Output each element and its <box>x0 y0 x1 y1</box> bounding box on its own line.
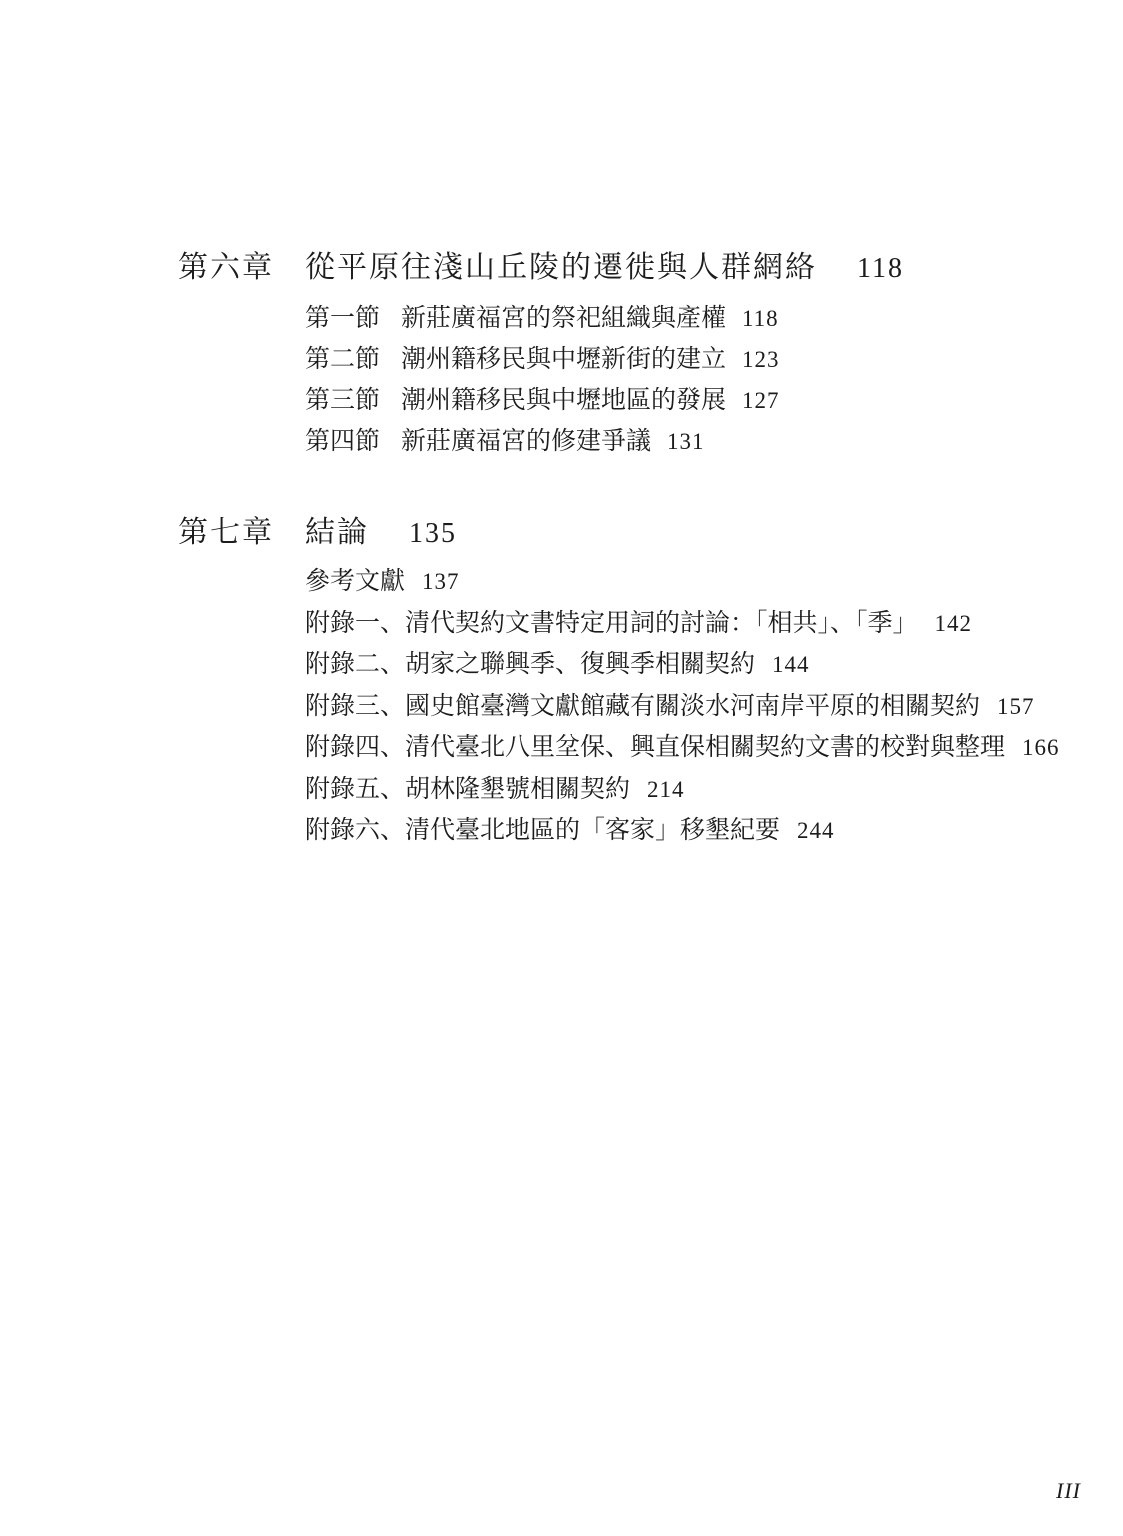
section-page-number: 123 <box>742 339 780 380</box>
section-title: 潮州籍移民與中壢地區的發展 <box>401 380 726 421</box>
back-matter-row: 附錄六、清代臺北地區的「客家」移墾紀要244 <box>305 810 1060 852</box>
back-matter-page-number: 144 <box>772 644 810 686</box>
back-matter-row: 附錄四、清代臺北八里坌保、興直保相關契約文書的校對與整理166 <box>305 727 1060 769</box>
back-matter-title: 附錄五、胡林隆墾號相關契約 <box>305 769 630 811</box>
chapter-page-number: 135 <box>409 512 457 556</box>
back-matter-title: 附錄二、胡家之聯興季、復興季相關契約 <box>305 644 755 686</box>
toc-chapter: 第六章從平原往淺山丘陵的遷徙與人群網絡118第一節新莊廣福宮的祭祀組織與產權11… <box>178 246 1060 462</box>
table-of-contents: 第六章從平原往淺山丘陵的遷徙與人群網絡118第一節新莊廣福宮的祭祀組織與產權11… <box>178 246 1060 852</box>
section-number-label: 第三節 <box>305 380 380 421</box>
chapter-page-number: 118 <box>857 247 904 291</box>
section-row: 第四節新莊廣福宮的修建爭議131 <box>305 421 1060 462</box>
back-matter-page-number: 166 <box>1022 727 1060 769</box>
chapter-heading: 第六章從平原往淺山丘陵的遷徙與人群網絡118 <box>178 246 1060 290</box>
section-page-number: 127 <box>742 380 780 421</box>
back-matter-page-number: 137 <box>422 561 460 603</box>
back-matter-page-number: 157 <box>997 686 1035 728</box>
back-matter-page-number: 142 <box>935 603 973 645</box>
back-matter-row: 附錄二、胡家之聯興季、復興季相關契約144 <box>305 644 1060 686</box>
section-row: 第三節潮州籍移民與中壢地區的發展127 <box>305 380 1060 421</box>
toc-chapter: 第七章結論135 <box>178 511 1060 555</box>
back-matter-title: 附錄四、清代臺北八里坌保、興直保相關契約文書的校對與整理 <box>305 727 1005 769</box>
back-matter-row: 附錄一、清代契約文書特定用詞的討論：「相共」、「季」142 <box>305 603 1060 645</box>
back-matter-page-number: 244 <box>797 810 835 852</box>
section-row: 第二節潮州籍移民與中壢新街的建立123 <box>305 339 1060 380</box>
back-matter-title: 參考文獻 <box>305 561 405 603</box>
back-matter-title: 附錄三、國史館臺灣文獻館藏有關淡水河南岸平原的相關契約 <box>305 686 980 728</box>
section-page-number: 118 <box>742 298 779 339</box>
chapter-heading: 第七章結論135 <box>178 511 1060 555</box>
chapter-title: 結論 <box>305 511 369 555</box>
section-row: 第一節新莊廣福宮的祭祀組織與產權118 <box>305 298 1060 339</box>
section-number-label: 第二節 <box>305 339 380 380</box>
section-title: 新莊廣福宮的修建爭議 <box>401 421 651 462</box>
back-matter-row: 參考文獻137 <box>305 561 1060 603</box>
section-number-label: 第四節 <box>305 421 380 462</box>
back-matter-title: 附錄六、清代臺北地區的「客家」移墾紀要 <box>305 810 780 852</box>
back-matter-page-number: 214 <box>647 769 685 811</box>
chapter-sections: 第一節新莊廣福宮的祭祀組織與產權118第二節潮州籍移民與中壢新街的建立123第三… <box>305 298 1060 462</box>
toc-chapters: 第六章從平原往淺山丘陵的遷徙與人群網絡118第一節新莊廣福宮的祭祀組織與產權11… <box>178 246 1060 555</box>
section-title: 潮州籍移民與中壢新街的建立 <box>401 339 726 380</box>
section-page-number: 131 <box>667 421 705 462</box>
section-number-label: 第一節 <box>305 298 380 339</box>
section-title: 新莊廣福宮的祭祀組織與產權 <box>401 298 726 339</box>
chapter-number-label: 第七章 <box>178 511 305 555</box>
toc-back-matter: 參考文獻137附錄一、清代契約文書特定用詞的討論：「相共」、「季」142附錄二、… <box>305 561 1060 852</box>
back-matter-row: 附錄三、國史館臺灣文獻館藏有關淡水河南岸平原的相關契約157 <box>305 686 1060 728</box>
page-number: III <box>1056 1478 1081 1504</box>
chapter-number-label: 第六章 <box>178 246 305 290</box>
document-page: 第六章從平原往淺山丘陵的遷徙與人群網絡118第一節新莊廣福宮的祭祀組織與產權11… <box>0 0 1123 1536</box>
chapter-title: 從平原往淺山丘陵的遷徙與人群網絡 <box>305 246 817 290</box>
back-matter-title: 附錄一、清代契約文書特定用詞的討論：「相共」、「季」 <box>305 603 918 645</box>
back-matter-row: 附錄五、胡林隆墾號相關契約214 <box>305 769 1060 811</box>
